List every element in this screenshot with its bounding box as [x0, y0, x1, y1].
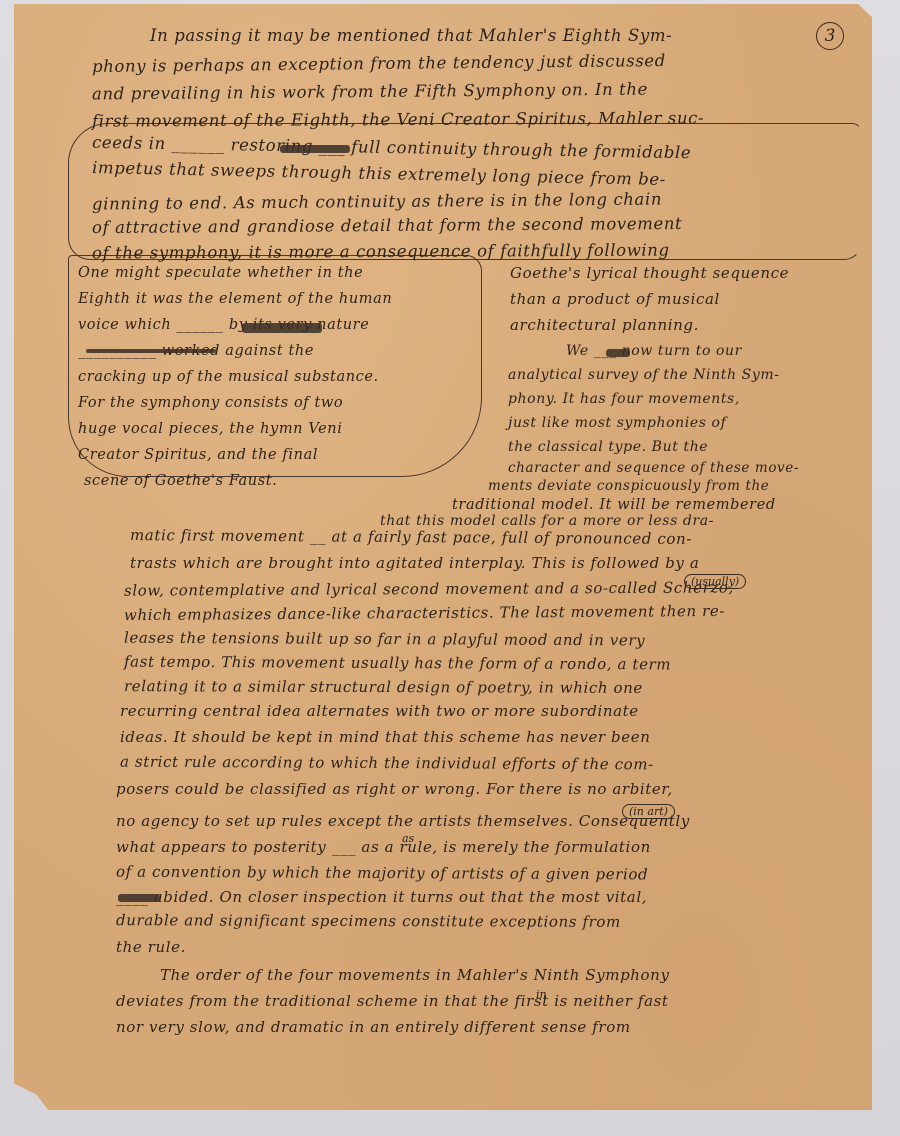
manuscript-line: ideas. It should be kept in mind that th… [120, 730, 650, 745]
manuscript-line: traditional model. It will be remembered [452, 498, 776, 513]
manuscript-line: character and sequence of these move- [508, 462, 799, 476]
insertion-in: in [536, 988, 547, 1001]
manuscript-line: of the symphony, it is more a consequenc… [92, 242, 670, 262]
manuscript-line: ments deviate conspicuously from the [488, 480, 769, 494]
manuscript-line: trasts which are brought into agitated i… [130, 556, 699, 571]
manuscript-line: analytical survey of the Ninth Sym- [508, 368, 780, 382]
page-number: 3 [816, 22, 844, 50]
inset-note-line: cracking up of the musical substance. [78, 370, 379, 385]
inset-note-line: huge vocal pieces, the hymn Veni [78, 422, 342, 437]
manuscript-line: In passing it may be mentioned that Mahl… [150, 28, 672, 45]
inset-note-line: voice which ______ by its very nature [78, 318, 369, 333]
inset-note-line: scene of Goethe's Faust. [84, 474, 277, 489]
insertion-as: as [402, 832, 414, 845]
manuscript-line: no agency to set up rules except the art… [116, 814, 690, 829]
manuscript-line: just like most symphonies of [508, 416, 726, 430]
manuscript-line: the rule. [116, 940, 186, 955]
inset-note-line: Creator Spiritus, and the final [78, 448, 318, 463]
manuscript-line: posers could be classified as right or w… [116, 782, 673, 797]
manuscript-line: relating it to a similar structural desi… [124, 679, 643, 696]
manuscript-line: deviates from the traditional scheme in … [116, 994, 669, 1009]
manuscript-line: fast tempo. This movement usually has th… [124, 655, 671, 673]
manuscript-line: matic first movement __ at a fairly fast… [130, 528, 692, 547]
crossed-out-word [606, 349, 630, 357]
insertion-in-art: (in art) [622, 804, 675, 819]
manuscript-line: recurring central idea alternates with t… [120, 704, 639, 719]
crossed-out-word [86, 349, 216, 353]
manuscript-line: what appears to posterity ___ as a rule,… [116, 840, 651, 855]
manuscript-line: the classical type. But the [508, 440, 708, 454]
manuscript-line: first movement of the Eighth, the Veni C… [92, 110, 704, 130]
crossed-out-word [242, 323, 322, 333]
manuscript-line: We ___ now turn to our [566, 344, 742, 358]
manuscript-line: The order of the four movements in Mahle… [160, 968, 670, 983]
manuscript-line: of a convention by which the majority of… [116, 865, 648, 883]
manuscript-line: a strict rule according to which the ind… [120, 755, 654, 773]
manuscript-line: slow, contemplative and lyrical second m… [124, 580, 734, 598]
manuscript-line: which emphasizes dance-like characterist… [124, 604, 725, 623]
manuscript-line: Goethe's lyrical thought sequence [510, 266, 789, 281]
manuscript-line: than a product of musical [510, 292, 720, 307]
manuscript-line: durable and significant specimens consti… [116, 913, 621, 930]
crossed-out-word [280, 145, 350, 153]
manuscript-line: nor very slow, and dramatic in an entire… [116, 1020, 631, 1035]
manuscript-line: ____ abided. On closer inspection it tur… [116, 890, 647, 905]
inset-note-line: One might speculate whether in the [78, 266, 363, 281]
manuscript-line: phony. It has four movements, [508, 392, 740, 406]
inset-note-outline [68, 255, 482, 477]
manuscript-line: of attractive and grandiose detail that … [92, 216, 682, 237]
manuscript-line: that this model calls for a more or less… [380, 514, 714, 528]
manuscript-line: architectural planning. [510, 318, 699, 333]
inset-note-line: For the symphony consists of two [78, 396, 343, 411]
inset-note-line: Eighth it was the element of the human [78, 292, 392, 307]
crossed-out-word [118, 894, 160, 902]
manuscript-line: leases the tensions built up so far in a… [124, 631, 645, 649]
insertion-usually: (usually) [684, 574, 746, 589]
